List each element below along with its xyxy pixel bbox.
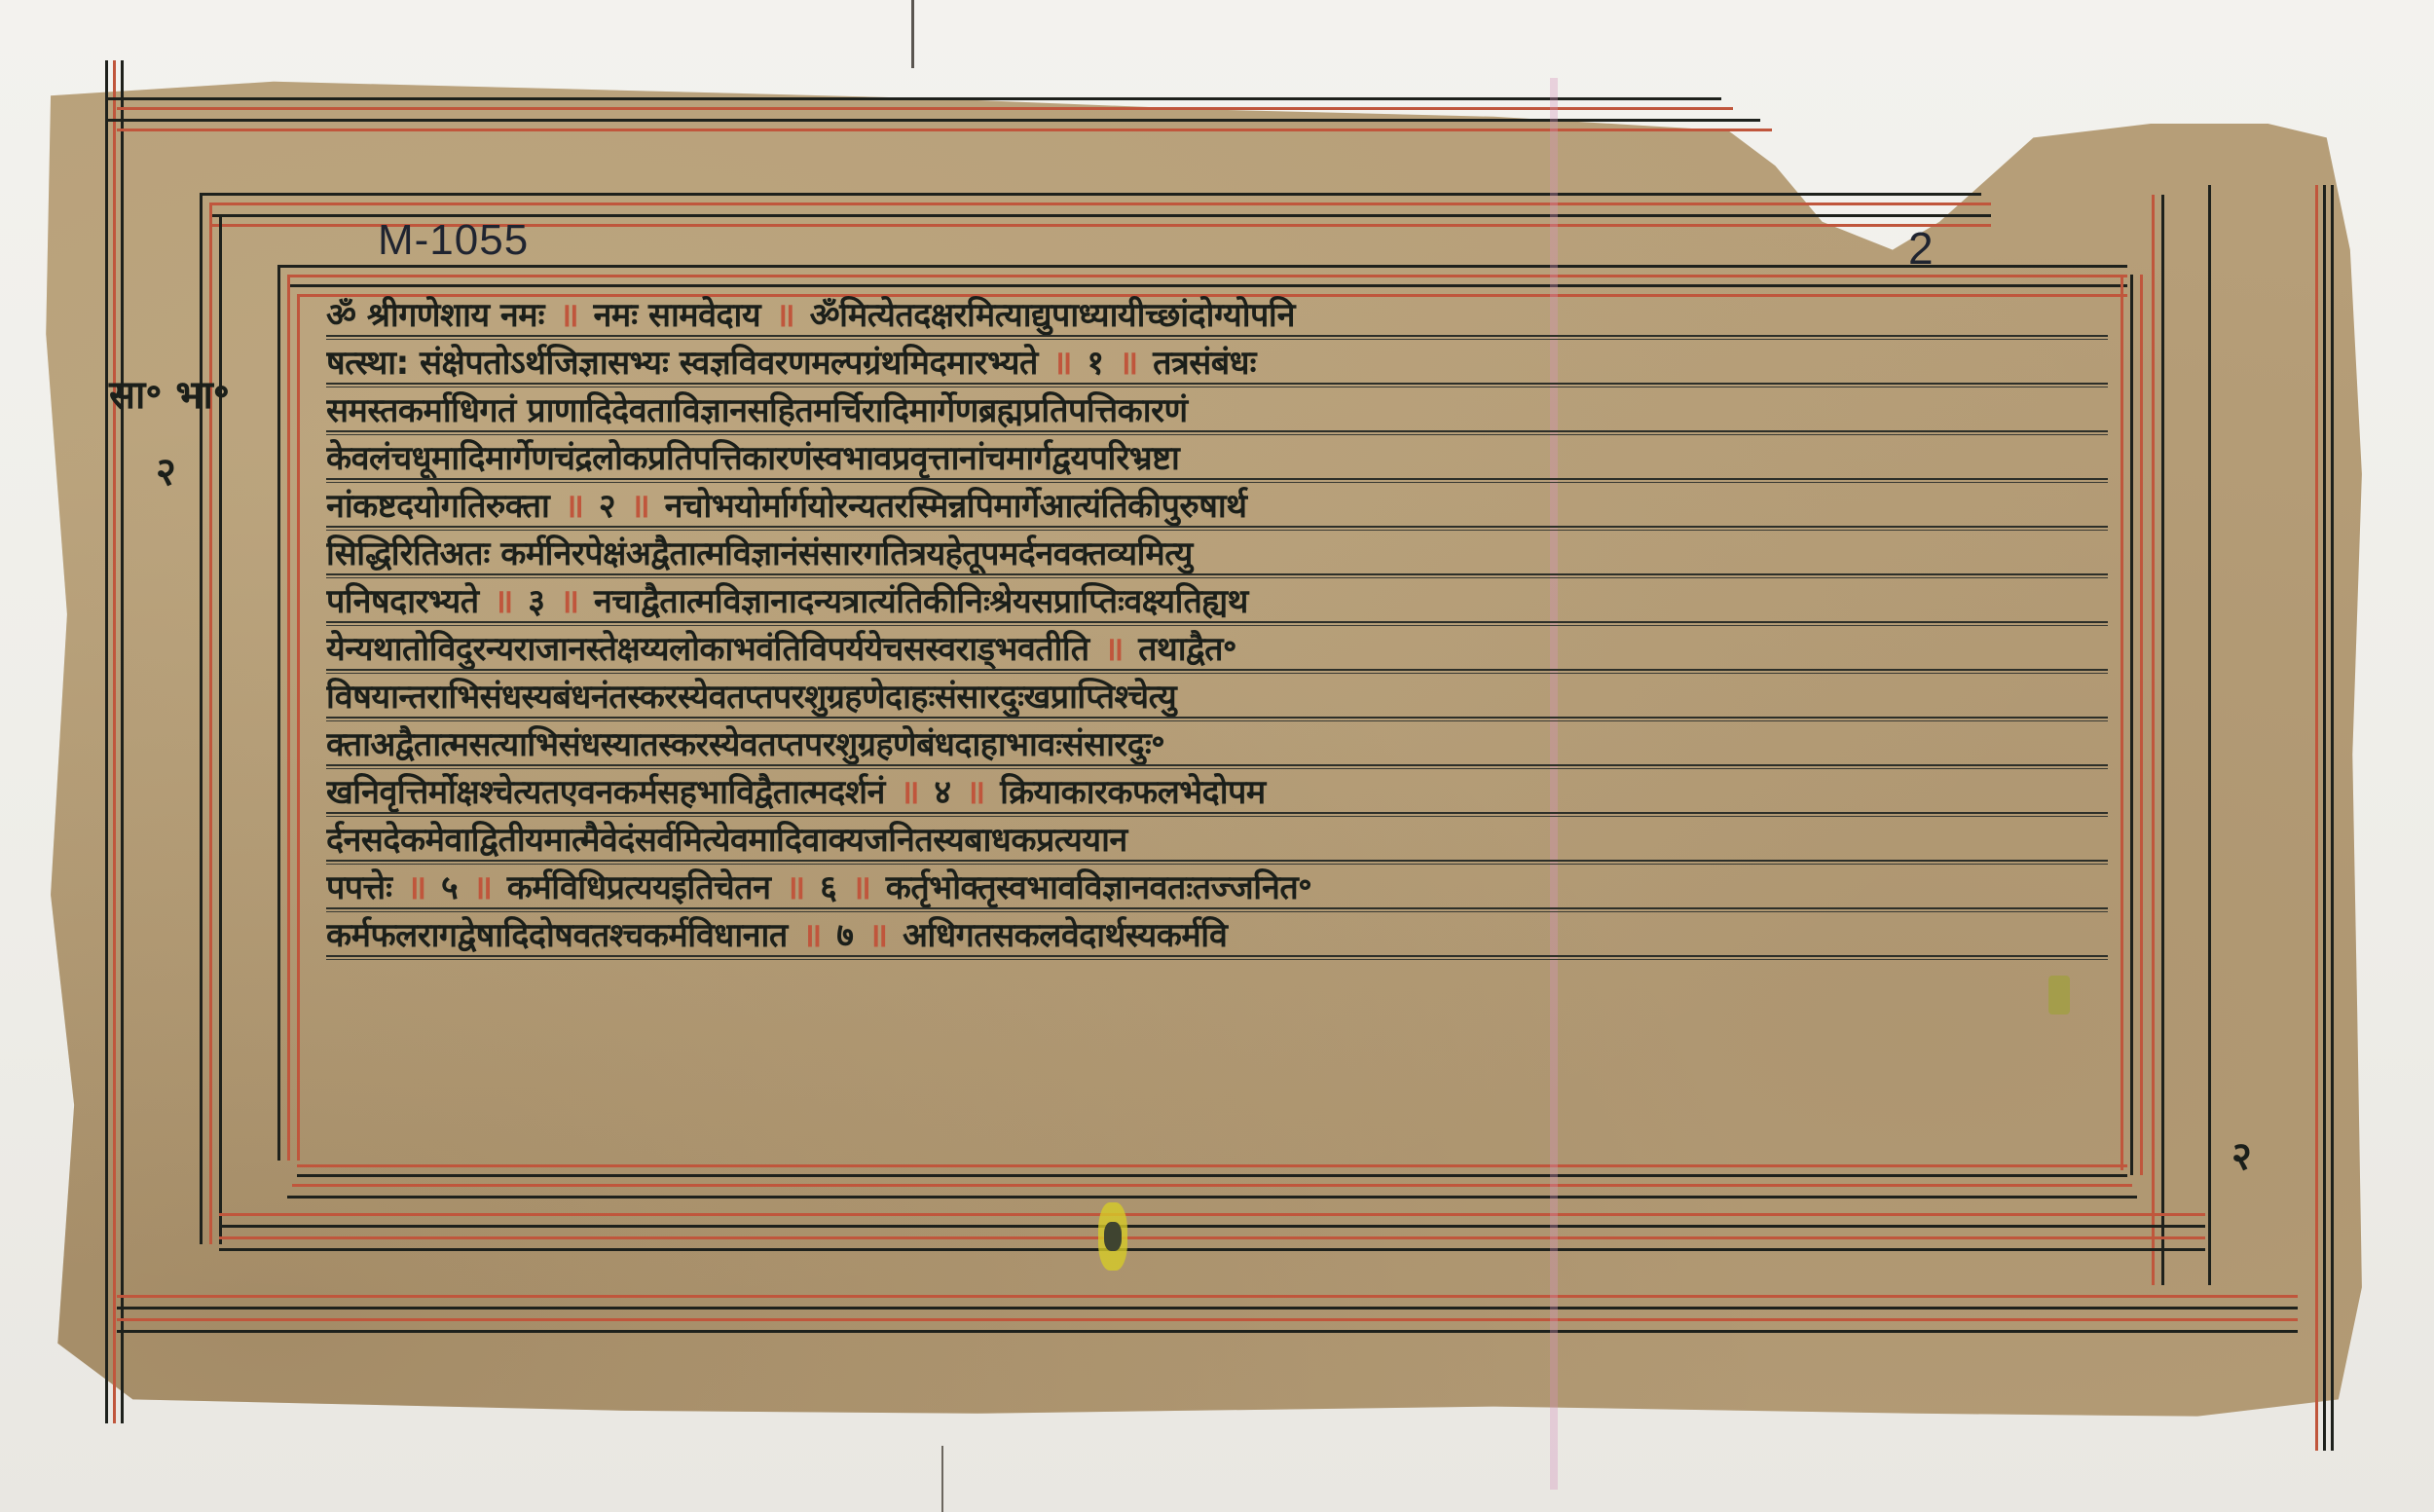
yellow-stain (1098, 1202, 1127, 1271)
text-line: पपत्तेः ॥ ५ ॥ कर्मविधिप्रत्ययइतिचेतन ॥ ६… (326, 865, 2108, 912)
text-line: सिद्धिरितिअतः कर्मनिरपेक्षंअद्वैतात्मविज… (326, 531, 2108, 578)
danda-mark: ॥ (1104, 630, 1124, 669)
danda-mark: ॥ (852, 868, 871, 907)
text-line: ॐ श्रीगणेशाय नमः ॥ नमः सामवेदाय ॥ ॐमित्य… (326, 292, 2108, 340)
danda-mark: ॥ (1119, 344, 1138, 383)
danda-mark: ॥ (775, 296, 794, 335)
text-line: क्ताअद्वैतात्मसत्याभिसंधस्यातस्करस्येवतप… (326, 721, 2108, 769)
danda-mark: ॥ (494, 582, 513, 621)
danda-mark: ॥ (473, 868, 493, 907)
danda-mark: ॥ (802, 916, 822, 955)
danda-mark: ॥ (786, 868, 805, 907)
text-line: कर्मफलरागद्वेषादिदोषवतश्चकर्मविधानात ॥ ७… (326, 912, 2108, 960)
danda-mark: ॥ (560, 582, 579, 621)
margin-title-abbrev: सा॰ भा॰ (109, 366, 230, 420)
text-line: खनिवृत्तिर्मोक्षश्चेत्यतएवनकर्मसहभाविद्व… (326, 769, 2108, 817)
mount-hinge-top (911, 0, 914, 68)
text-line: पनिषदारभ्यते ॥ ३ ॥ नचाद्वैतात्मविज्ञानाद… (326, 578, 2108, 626)
text-line: समस्तकर्माधिगतं प्राणादिदेवताविज्ञानसहित… (326, 387, 2108, 435)
danda-mark: ॥ (559, 296, 578, 335)
green-stain (2048, 976, 2070, 1014)
danda-mark: ॥ (1052, 344, 1072, 383)
text-line: नांकष्टदयोगतिरुक्ता ॥ २ ॥ नचोभयोर्मार्गय… (326, 483, 2108, 531)
danda-mark: ॥ (630, 487, 649, 526)
danda-mark: ॥ (407, 868, 426, 907)
danda-mark: ॥ (868, 916, 888, 955)
danda-mark: ॥ (966, 773, 985, 812)
text-line: षत्स्था: संक्षेपतोऽर्थजिज्ञासभ्यः स्वज्ञ… (326, 340, 2108, 387)
mount-hinge-bottom (941, 1446, 943, 1512)
text-line: विषयान्तराभिसंधस्यबंधनंतस्करस्येवतप्तपरश… (326, 674, 2108, 721)
text-line: येन्यथातोविदुरन्यराजानस्तेक्षय्यलोकाभवंत… (326, 626, 2108, 674)
accession-number: M-1055 (378, 216, 529, 265)
manuscript-text-block: ॐ श्रीगणेशाय नमः ॥ नमः सामवेदाय ॥ ॐमित्य… (326, 292, 2108, 1168)
margin-left-folio-number: २ (156, 443, 176, 497)
danda-mark: ॥ (900, 773, 919, 812)
text-line: र्दनसदेकमेवाद्वितीयमात्मैवेदंसर्वमित्येव… (326, 817, 2108, 865)
danda-mark: ॥ (565, 487, 584, 526)
folio-number: 2 (1908, 222, 1934, 275)
text-line: केवलंचधूमादिमार्गेणचंद्रलोकप्रतिपत्तिकार… (326, 435, 2108, 483)
margin-right-folio-number: २ (2231, 1127, 2252, 1181)
